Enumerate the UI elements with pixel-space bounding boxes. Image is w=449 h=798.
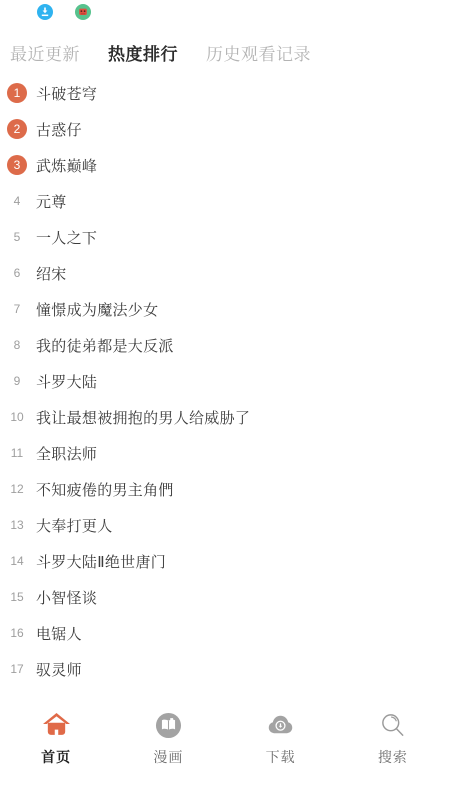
- rank-number: 5: [7, 227, 27, 247]
- ranking-list: 1 斗破苍穹 2 古惑仔 3 武炼巅峰 4 元尊 5 一人之下 6 绍宋 7 憧…: [0, 75, 449, 687]
- ranking-row[interactable]: 1 斗破苍穹: [7, 75, 449, 111]
- home-icon: [43, 712, 70, 739]
- tab-bar: 最近更新 热度排行 历史观看记录: [0, 24, 449, 75]
- ranking-row[interactable]: 10 我让最想被拥抱的男人给威胁了: [7, 399, 449, 435]
- rank-number: 4: [7, 191, 27, 211]
- rank-number: 17: [7, 659, 27, 679]
- nav-label-home: 首页: [41, 747, 71, 767]
- tab-recent-updates[interactable]: 最近更新: [10, 40, 80, 65]
- status-bar: [0, 0, 449, 24]
- nav-item-home[interactable]: 首页: [0, 700, 112, 798]
- nav-item-comics[interactable]: 漫画: [112, 700, 224, 798]
- tab-popularity-ranking[interactable]: 热度排行: [108, 40, 178, 65]
- ranking-row[interactable]: 3 武炼巅峰: [7, 147, 449, 183]
- ranking-row[interactable]: 13 大奉打更人: [7, 507, 449, 543]
- row-title: 武炼巅峰: [36, 155, 97, 176]
- rank-number: 9: [7, 371, 27, 391]
- nav-label-download: 下载: [266, 747, 296, 767]
- row-title: 斗破苍穹: [36, 83, 97, 104]
- row-title: 大奉打更人: [36, 515, 113, 536]
- ranking-row[interactable]: 14 斗罗大陆Ⅱ绝世唐门: [7, 543, 449, 579]
- status-app-icon: [75, 4, 91, 20]
- ranking-row[interactable]: 11 全职法师: [7, 435, 449, 471]
- rank-number: 13: [7, 515, 27, 535]
- comic-icon: [155, 712, 182, 739]
- row-title: 古惑仔: [36, 119, 82, 140]
- row-title: 斗罗大陆Ⅱ绝世唐门: [36, 551, 166, 572]
- rank-number: 12: [7, 479, 27, 499]
- row-title: 一人之下: [36, 227, 97, 248]
- rank-number: 7: [7, 299, 27, 319]
- row-title: 绍宋: [36, 263, 67, 284]
- ranking-row[interactable]: 6 绍宋: [7, 255, 449, 291]
- rank-number: 6: [7, 263, 27, 283]
- nav-label-search: 搜索: [378, 747, 408, 767]
- rank-number: 8: [7, 335, 27, 355]
- rank-number: 1: [7, 83, 27, 103]
- row-title: 斗罗大陆: [36, 371, 97, 392]
- ranking-row[interactable]: 9 斗罗大陆: [7, 363, 449, 399]
- row-title: 驭灵师: [36, 659, 82, 680]
- ranking-row[interactable]: 12 不知疲倦的男主角們: [7, 471, 449, 507]
- rank-number: 11: [7, 443, 27, 463]
- ranking-row[interactable]: 15 小智怪谈: [7, 579, 449, 615]
- bottom-nav: 首页 漫画 下载: [0, 700, 449, 798]
- rank-number: 10: [7, 407, 27, 427]
- rank-number: 3: [7, 155, 27, 175]
- rank-number: 2: [7, 119, 27, 139]
- row-title: 不知疲倦的男主角們: [36, 479, 174, 500]
- nav-item-download[interactable]: 下载: [225, 700, 337, 798]
- rank-number: 16: [7, 623, 27, 643]
- ranking-row[interactable]: 7 憧憬成为魔法少女: [7, 291, 449, 327]
- download-icon: [267, 712, 294, 739]
- row-title: 憧憬成为魔法少女: [36, 299, 158, 320]
- row-title: 电锯人: [36, 623, 82, 644]
- ranking-row[interactable]: 8 我的徒弟都是大反派: [7, 327, 449, 363]
- row-title: 全职法师: [36, 443, 97, 464]
- search-icon: [379, 712, 406, 739]
- row-title: 元尊: [36, 191, 67, 212]
- row-title: 小智怪谈: [36, 587, 97, 608]
- ranking-row[interactable]: 2 古惑仔: [7, 111, 449, 147]
- app-screen: { "statusbar": { "icons": [ { "name": "s…: [0, 0, 449, 798]
- row-title: 我的徒弟都是大反派: [36, 335, 174, 356]
- rank-number: 15: [7, 587, 27, 607]
- row-title: 我让最想被拥抱的男人给威胁了: [36, 407, 250, 428]
- ranking-row[interactable]: 16 电锯人: [7, 615, 449, 651]
- ranking-row[interactable]: 4 元尊: [7, 183, 449, 219]
- nav-item-search[interactable]: 搜索: [337, 700, 449, 798]
- nav-label-comics: 漫画: [153, 747, 183, 767]
- status-download-icon: [37, 4, 53, 20]
- ranking-row[interactable]: 17 驭灵师: [7, 651, 449, 687]
- rank-number: 14: [7, 551, 27, 571]
- ranking-row[interactable]: 5 一人之下: [7, 219, 449, 255]
- tab-watch-history[interactable]: 历史观看记录: [206, 40, 311, 65]
